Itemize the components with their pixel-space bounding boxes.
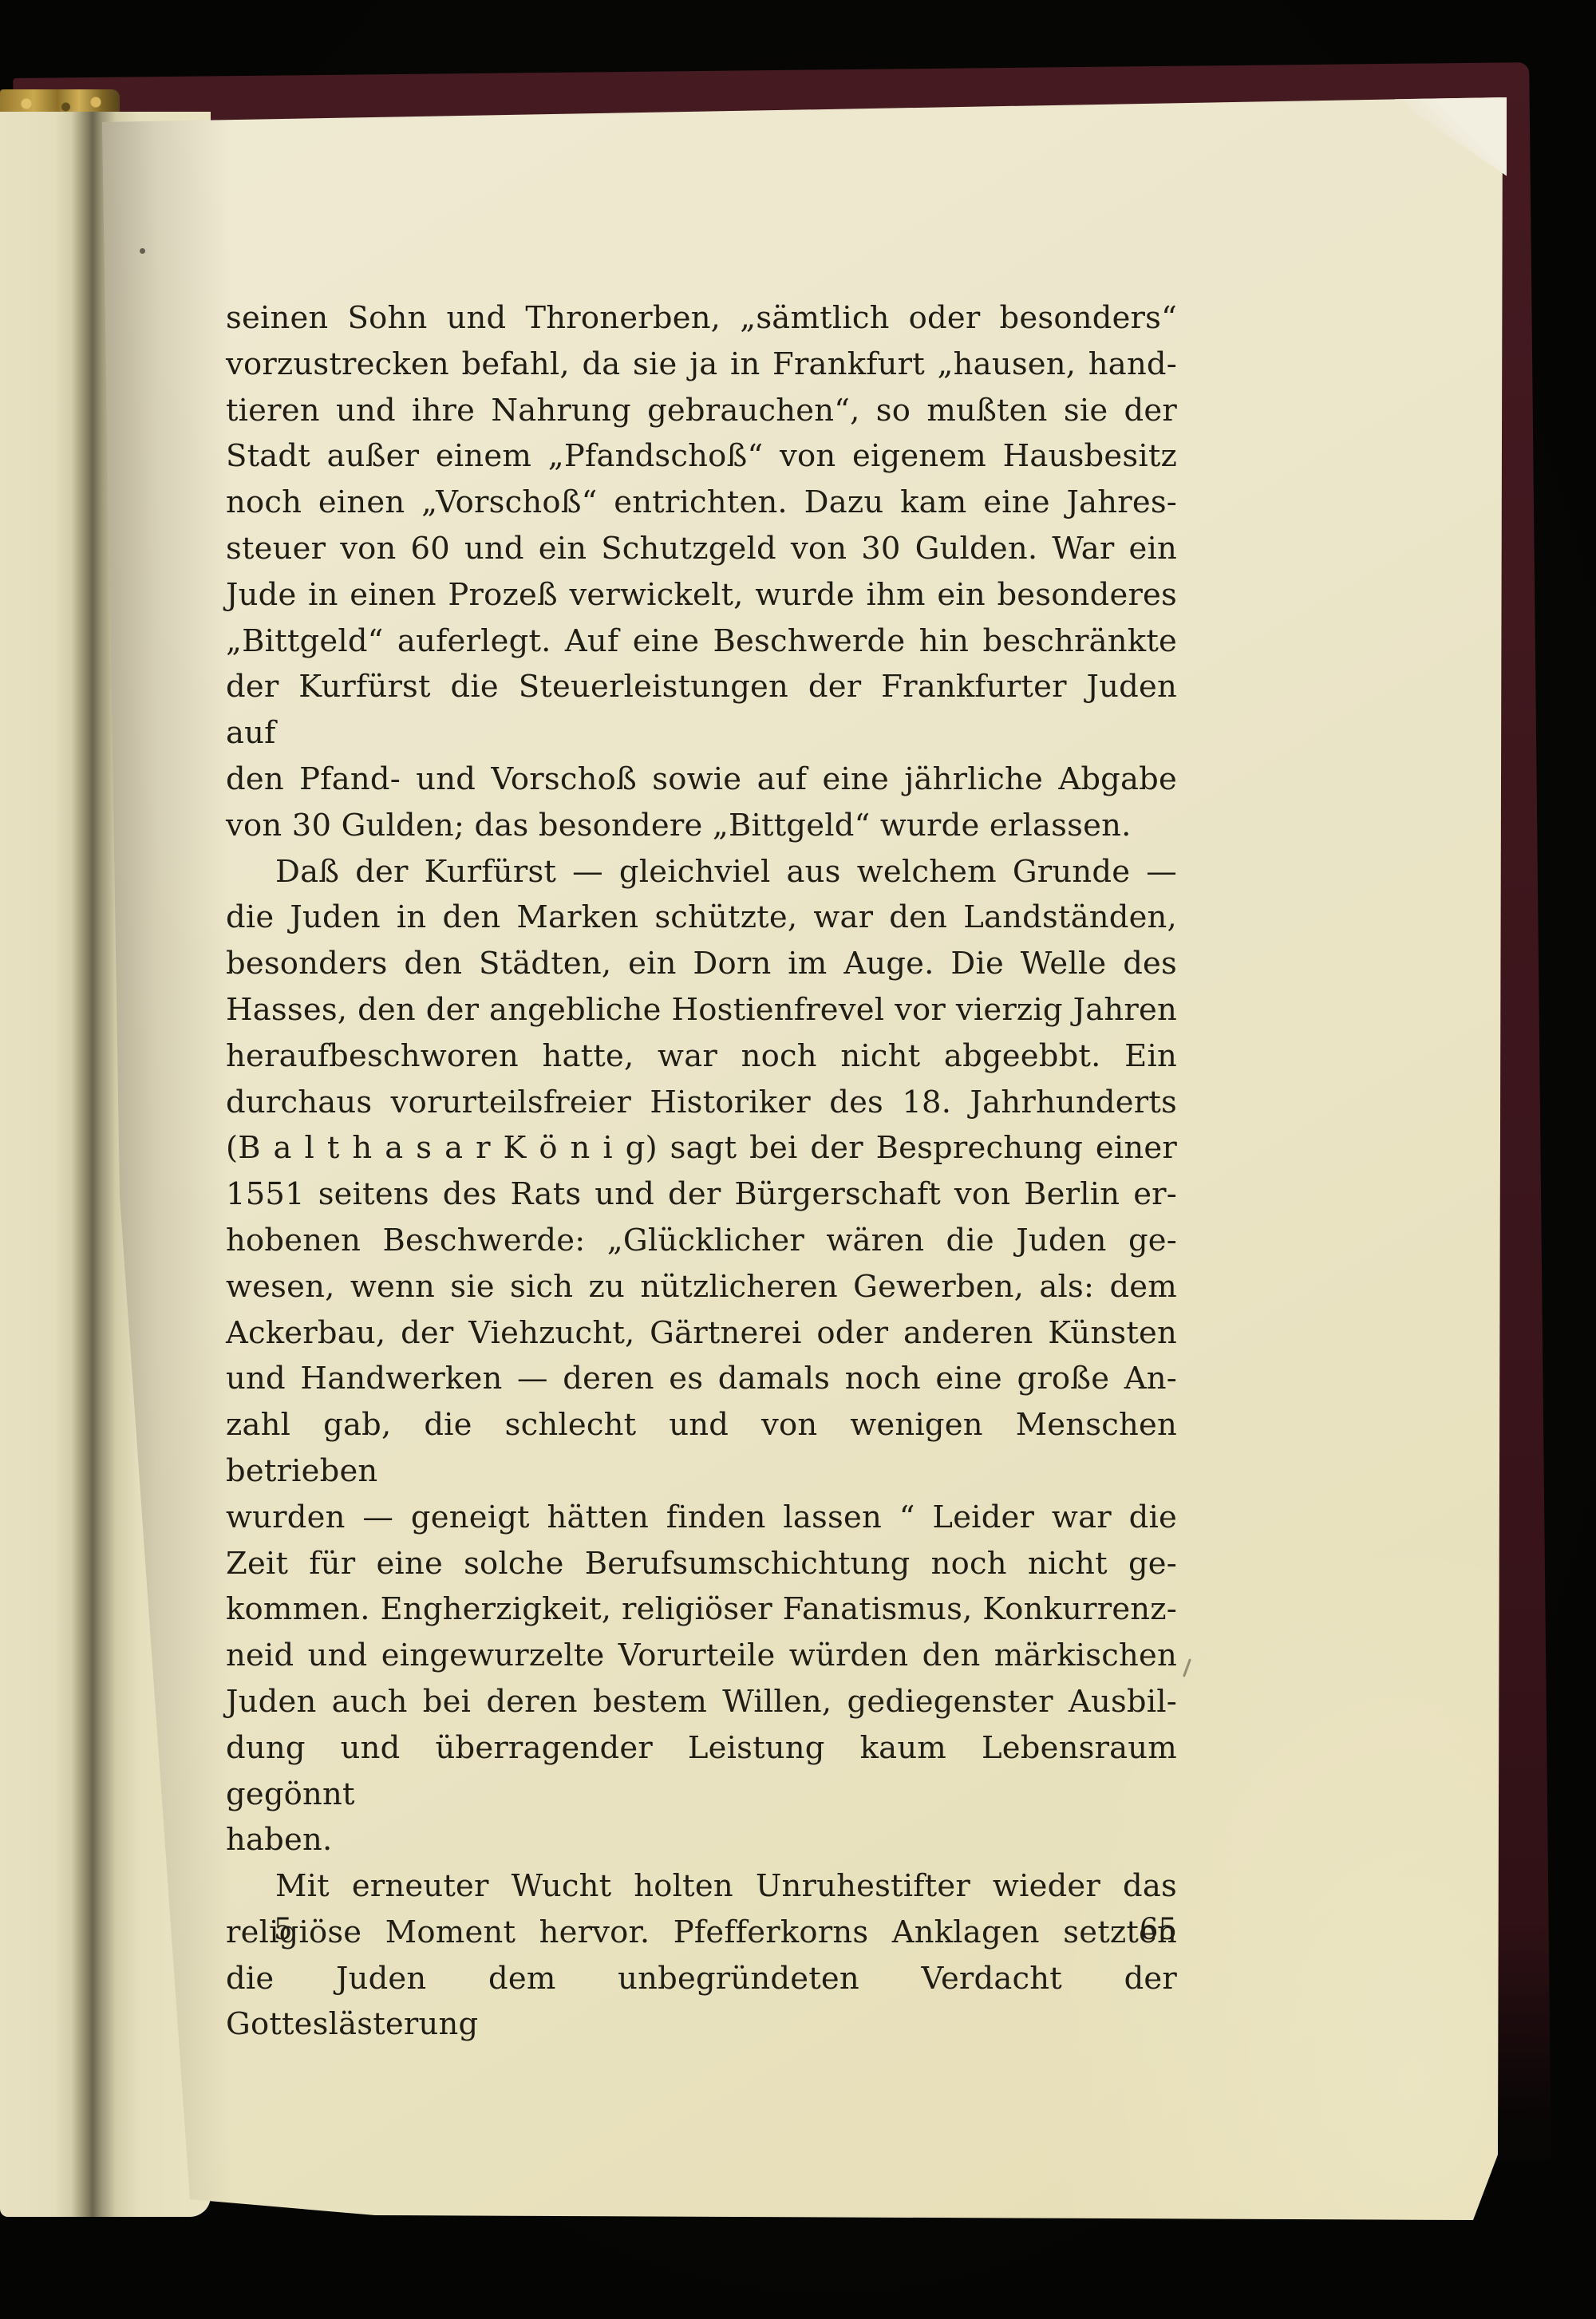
text-line: seinen Sohn und Thronerben, „sämtlich od…	[226, 295, 1177, 342]
text-line: neid und eingewurzelte Vorurteile würden…	[226, 1633, 1177, 1679]
book-photo: seinen Sohn und Thronerben, „sämtlich od…	[0, 0, 1596, 2319]
text-line: von 30 Gulden; das besondere „Bittgeld“ …	[226, 803, 1177, 849]
text-line: heraufbeschworen hatte, war noch nicht a…	[226, 1033, 1177, 1080]
text-line: und Handwerken — deren es damals noch ei…	[226, 1356, 1177, 1402]
text-line: Stadt außer einem „Pfandschoß“ von eigen…	[226, 433, 1177, 480]
text-line: Mit erneuter Wucht holten Unruhestifter …	[226, 1863, 1177, 1910]
text-line: vorzustrecken befahl, da sie ja in Frank…	[226, 342, 1177, 388]
text-line: noch einen „Vorschoß“ entrichten. Dazu k…	[226, 480, 1177, 526]
text-line: die Juden dem unbegründeten Verdacht der…	[226, 1956, 1177, 2048]
text-line: durchaus vorurteilsfreier Historiker des…	[226, 1080, 1177, 1126]
text-line: Jude in einen Prozeß verwickelt, wurde i…	[226, 572, 1177, 618]
text-line: haben.	[226, 1817, 1177, 1863]
text-line: Ackerbau, der Viehzucht, Gärtnerei oder …	[226, 1310, 1177, 1357]
text-line: besonders den Städten, ein Dorn im Auge.…	[226, 941, 1177, 987]
text-line: tieren und ihre Nahrung gebrauchen“, so …	[226, 388, 1177, 434]
text-line: 1551 seitens des Rats und der Bürgerscha…	[226, 1171, 1177, 1218]
text-line: Daß der Kurfürst — gleichviel aus welche…	[226, 849, 1177, 895]
signature-mark: 5	[274, 1912, 293, 1946]
footer-row: 5 65	[226, 1912, 1177, 1946]
text-line: hobenen Beschwerde: „Glücklicher wären d…	[226, 1218, 1177, 1264]
text-line: steuer von 60 und ein Schutzgeld von 30 …	[226, 526, 1177, 572]
text-line: wesen, wenn sie sich zu nützlicheren Gew…	[226, 1264, 1177, 1310]
text-line: (B a l t h a s a r K ö n i g) sagt bei d…	[226, 1125, 1177, 1171]
text-line: „Bittgeld“ auferlegt. Auf eine Beschwerd…	[226, 618, 1177, 665]
text-line: die Juden in den Marken schützte, war de…	[226, 895, 1177, 941]
text-line: zahl gab, die schlecht und von wenigen M…	[226, 1402, 1177, 1495]
text-line: dung und überragender Leistung kaum Lebe…	[226, 1725, 1177, 1818]
text-line: Hasses, den der angebliche Hostienfrevel…	[226, 987, 1177, 1033]
text-line: wurden — geneigt hätten finden lassen “ …	[226, 1495, 1177, 1541]
page-text-block: seinen Sohn und Thronerben, „sämtlich od…	[226, 295, 1177, 2048]
text-line: Zeit für eine solche Berufsumschichtung …	[226, 1541, 1177, 1587]
text-line: kommen. Engherzigkeit, religiöser Fanati…	[226, 1586, 1177, 1633]
text-line: den Pfand- und Vorschoß sowie auf eine j…	[226, 757, 1177, 803]
page-number: 65	[1140, 1912, 1177, 1946]
text-line: Juden auch bei deren bestem Willen, gedi…	[226, 1679, 1177, 1725]
dust-speck	[140, 248, 145, 254]
text-line: der Kurfürst die Steuerleistungen der Fr…	[226, 664, 1177, 757]
